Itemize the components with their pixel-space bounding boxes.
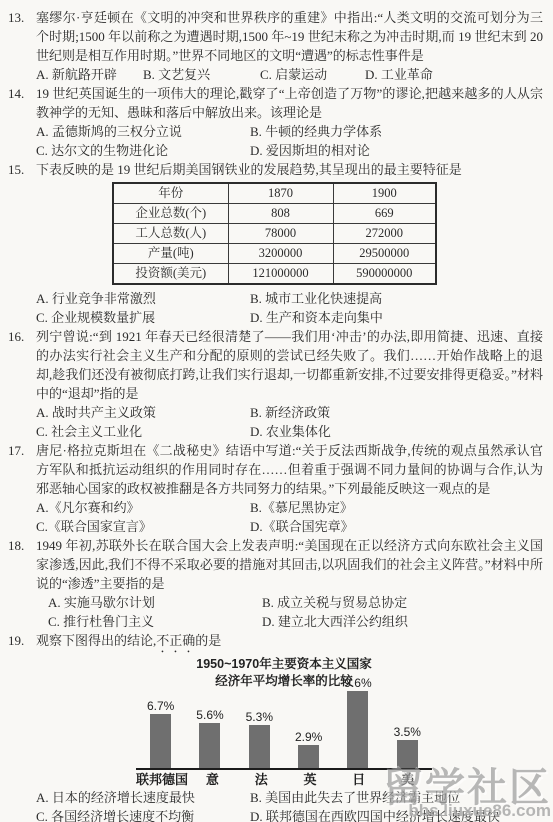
option-c: C. 企业规模数量扩展 bbox=[36, 308, 250, 327]
bar-value-label: 5.3% bbox=[246, 711, 273, 724]
bar-france: 5.3% bbox=[249, 725, 270, 768]
x-axis-labels: 联邦德国 意 法 英 日 美 bbox=[136, 771, 432, 788]
option-c: C. 社会主义工业化 bbox=[36, 422, 250, 441]
question-number: 14. bbox=[8, 84, 35, 103]
option-d: D. 生产和资本走向集中 bbox=[250, 308, 543, 327]
option-b: B. 成立关税与贸易总协定 bbox=[262, 593, 543, 612]
bar-west-germany: 6.7% bbox=[150, 714, 171, 768]
bar-japan: 9.6% bbox=[347, 691, 368, 768]
bar-value-label: 5.6% bbox=[196, 709, 223, 722]
table-cell: 590000000 bbox=[333, 264, 436, 285]
options: A. 新航路开辟 B. 文艺复兴 C. 启蒙运动 D. 工业革命 bbox=[36, 65, 543, 84]
option-c: C. 各国经济增长速度不均衡 bbox=[36, 807, 250, 822]
options: A. 实施马歇尔计划 B. 成立关税与贸易总协定 C. 推行杜鲁门主义 D. 建… bbox=[48, 593, 543, 631]
axis-category-label: 日 bbox=[334, 771, 383, 788]
table-cell: 1870 bbox=[228, 183, 333, 204]
option-d: D. 农业集体化 bbox=[250, 422, 543, 441]
table-cell: 121000000 bbox=[228, 264, 333, 285]
question-15: 15. 下表反映的是 19 世纪后期美国钢铁业的发展趋势,其呈现出的最主要特征是… bbox=[0, 160, 543, 327]
question-text: 19 世纪英国诞生的一项伟大的理论,戳穿了“上帝创造了万物”的谬论,把越来越多的… bbox=[36, 84, 543, 122]
chart-title-line1: 1950~1970年主要资本主义国家 bbox=[136, 656, 432, 673]
option-d: D. 爱因斯坦的相对论 bbox=[250, 141, 543, 160]
question-text: 塞缪尔·亨廷顿在《文明的冲突和世界秩序的重建》中指出:“人类文明的交流可划分为三… bbox=[36, 8, 543, 65]
question-text: 观察下图得出的结论,不正确的是 bbox=[36, 631, 543, 656]
bar-italy: 5.6% bbox=[199, 723, 220, 768]
option-c: C. 推行杜鲁门主义 bbox=[48, 612, 262, 631]
option-d: D.《联合国宪章》 bbox=[250, 517, 543, 536]
question-18: 18. 1949 年初,苏联外长在联合国大会上发表声明:“美国现在正以经济方式向… bbox=[0, 536, 543, 631]
question-number: 16. bbox=[8, 327, 35, 346]
question-text: 下表反映的是 19 世纪后期美国钢铁业的发展趋势,其呈现出的最主要特征是 bbox=[36, 160, 543, 179]
option-d: D. 建立北大西洋公约组织 bbox=[262, 612, 543, 631]
option-a: A. 实施马歇尔计划 bbox=[48, 593, 262, 612]
option-b: B. 美国由此失去了世界经济霸主地位 bbox=[250, 788, 543, 807]
axis-category-label: 英 bbox=[286, 771, 335, 788]
options: A. 战时共产主义政策 B. 新经济政策 C. 社会主义工业化 D. 农业集体化 bbox=[36, 403, 543, 441]
table-cell: 272000 bbox=[333, 224, 436, 244]
axis-category-label: 法 bbox=[237, 771, 286, 788]
options: A.《凡尔赛和约》 B.《慕尼黑协定》 C.《联合国家宣言》 D.《联合国宪章》 bbox=[36, 498, 543, 536]
question-number: 15. bbox=[8, 160, 35, 179]
table-row: 年份 1870 1900 bbox=[113, 183, 436, 204]
axis-category-label: 联邦德国 bbox=[136, 771, 188, 788]
option-a: A.《凡尔赛和约》 bbox=[36, 498, 250, 517]
option-d: D. 联邦德国在西欧四国中经济增长速度最快 bbox=[250, 807, 543, 822]
option-c: C. 启蒙运动 bbox=[260, 65, 365, 84]
table-cell: 29500000 bbox=[333, 244, 436, 264]
question-number: 17. bbox=[8, 441, 35, 460]
option-b: B. 新经济政策 bbox=[250, 403, 543, 422]
table-cell: 78000 bbox=[228, 224, 333, 244]
exam-page: 13. 塞缪尔·亨廷顿在《文明的冲突和世界秩序的重建》中指出:“人类文明的交流可… bbox=[0, 0, 553, 822]
question-16: 16. 列宁曾说:“到 1921 年春天已经很清楚了——我们用‘冲击’的办法,即… bbox=[0, 327, 543, 441]
chart-title-line2: 经济年平均增长率的比较 bbox=[136, 673, 432, 690]
bar-value-label: 2.9% bbox=[295, 731, 322, 744]
question-13: 13. 塞缪尔·亨廷顿在《文明的冲突和世界秩序的重建》中指出:“人类文明的交流可… bbox=[0, 8, 543, 84]
option-b: B. 牛顿的经典力学体系 bbox=[250, 122, 543, 141]
bar-usa: 3.5% bbox=[397, 740, 418, 768]
option-b: B. 文艺复兴 bbox=[143, 65, 260, 84]
table-cell: 企业总数(个) bbox=[113, 204, 228, 224]
question-17: 17. 唐尼·格拉克斯坦在《二战秘史》结语中写道:“关于反法西斯战争,传统的观点… bbox=[0, 441, 543, 536]
options: A. 日本的经济增长速度最快 B. 美国由此失去了世界经济霸主地位 C. 各国经… bbox=[36, 788, 543, 822]
option-a: A. 日本的经济增长速度最快 bbox=[36, 788, 250, 807]
options: A. 行业竞争非常激烈 B. 城市工业化快速提高 C. 企业规模数量扩展 D. … bbox=[36, 289, 543, 327]
table-row: 工人总数(人) 78000 272000 bbox=[113, 224, 436, 244]
option-a: A. 孟德斯鸠的三权分立说 bbox=[36, 122, 250, 141]
question-14: 14. 19 世纪英国诞生的一项伟大的理论,戳穿了“上帝创造了万物”的谬论,把越… bbox=[0, 84, 543, 160]
table-row: 投资额(美元) 121000000 590000000 bbox=[113, 264, 436, 285]
option-d: D. 工业革命 bbox=[365, 65, 433, 84]
bar-value-label: 3.5% bbox=[394, 726, 421, 739]
option-a: A. 战时共产主义政策 bbox=[36, 403, 250, 422]
option-a: A. 行业竞争非常激烈 bbox=[36, 289, 250, 308]
question-number: 18. bbox=[8, 536, 35, 555]
steel-industry-table: 年份 1870 1900 企业总数(个) 808 669 工人总数(人) 780… bbox=[112, 182, 437, 285]
table-cell: 投资额(美元) bbox=[113, 264, 228, 285]
bar-value-label: 6.7% bbox=[147, 700, 174, 713]
option-c: C.《联合国家宣言》 bbox=[36, 517, 250, 536]
table-cell: 工人总数(人) bbox=[113, 224, 228, 244]
table-cell: 年份 bbox=[113, 183, 228, 204]
axis-category-label: 意 bbox=[188, 771, 237, 788]
growth-rate-bar-chart: 1950~1970年主要资本主义国家 经济年平均增长率的比较 6.7% 5.6%… bbox=[136, 656, 432, 788]
option-b: B. 城市工业化快速提高 bbox=[250, 289, 543, 308]
table-row: 产量(吨) 3200000 29500000 bbox=[113, 244, 436, 264]
table-row: 企业总数(个) 808 669 bbox=[113, 204, 436, 224]
table-cell: 669 bbox=[333, 204, 436, 224]
table-cell: 808 bbox=[228, 204, 333, 224]
axis-category-label: 美 bbox=[383, 771, 432, 788]
option-b: B.《慕尼黑协定》 bbox=[250, 498, 543, 517]
option-c: C. 达尔文的生物进化论 bbox=[36, 141, 250, 160]
options: A. 孟德斯鸠的三权分立说 B. 牛顿的经典力学体系 C. 达尔文的生物进化论 … bbox=[36, 122, 543, 160]
bar-value-label: 9.6% bbox=[344, 677, 371, 690]
option-a: A. 新航路开辟 bbox=[36, 65, 143, 84]
table-cell: 3200000 bbox=[228, 244, 333, 264]
table-cell: 1900 bbox=[333, 183, 436, 204]
plot-area: 6.7% 5.6% 5.3% 2.9% 9.6% 3.5% bbox=[136, 690, 432, 770]
table-cell: 产量(吨) bbox=[113, 244, 228, 264]
emphasized-text: 不正确 bbox=[156, 633, 195, 648]
question-number: 13. bbox=[8, 8, 35, 27]
question-text: 唐尼·格拉克斯坦在《二战秘史》结语中写道:“关于反法西斯战争,传统的观点虽然承认… bbox=[36, 441, 543, 498]
bar-britain: 2.9% bbox=[298, 745, 319, 768]
question-19: 19. 观察下图得出的结论,不正确的是 1950~1970年主要资本主义国家 经… bbox=[0, 631, 543, 822]
question-text: 列宁曾说:“到 1921 年春天已经很清楚了——我们用‘冲击’的办法,即用简捷、… bbox=[36, 327, 543, 403]
question-number: 19. bbox=[8, 631, 35, 650]
question-text: 1949 年初,苏联外长在联合国大会上发表声明:“美国现在正以经济方式向东欧社会… bbox=[36, 536, 543, 593]
